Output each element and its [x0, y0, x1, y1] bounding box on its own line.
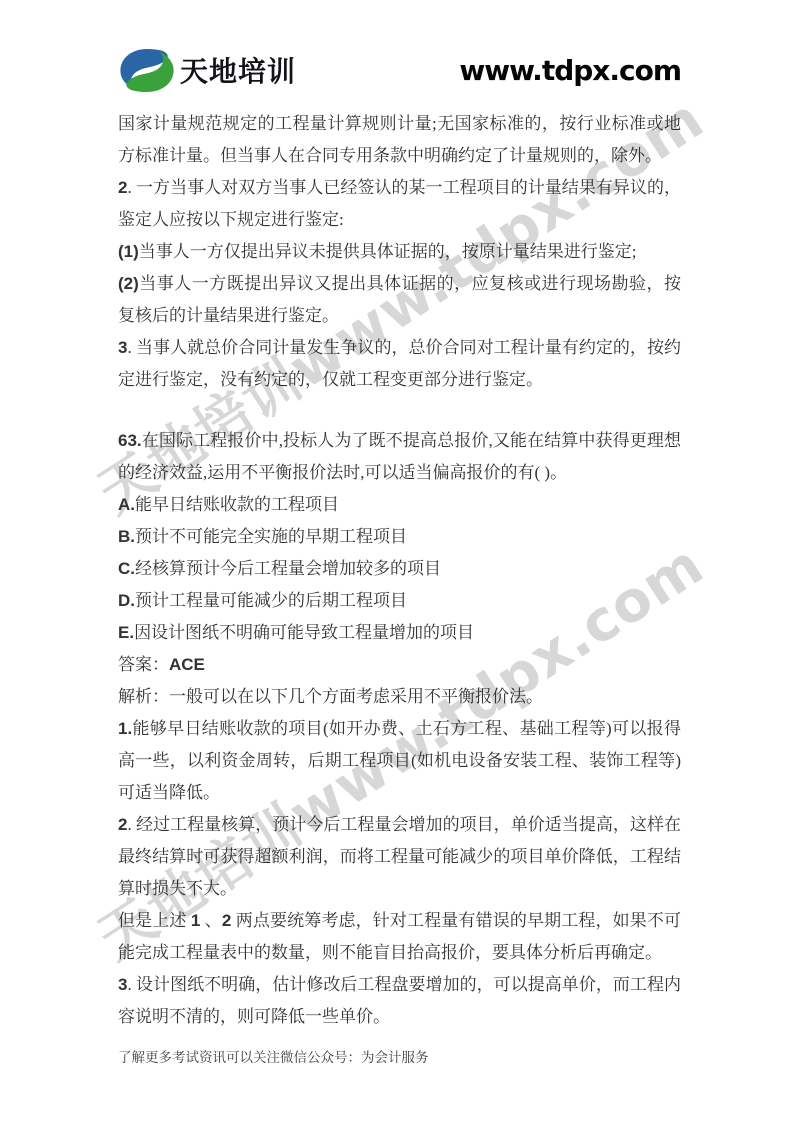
paragraph-bold-run: ACE [169, 655, 205, 674]
paragraph-bold-run: E. [118, 623, 134, 642]
paragraph: 63.在国际工程报价中,投标人为了既不提高总报价,又能在结算中获得更理想的经济效… [118, 425, 681, 489]
paragraph-run: . 经过工程量核算，预计今后工程量会增加的项目，单价适当提高，这样在最终结算时可… [118, 815, 681, 898]
paragraph: 1.能够早日结账收款的项目(如开办费、土石方工程、基础工程等)可以报得高一些，以… [118, 713, 681, 809]
paragraph-run: . 当事人就总价合同计量发生争议的，总价合同对工程计量有约定的，按约定进行鉴定，… [118, 338, 681, 389]
paragraph-bold-run: C. [118, 559, 135, 578]
paragraph-run: 、 [200, 911, 222, 930]
page: 天地培训www.tdpx.com 天地培训www.tdpx.com 天地培训 w… [0, 0, 793, 1122]
paragraph-run: 在国际工程报价中,投标人为了既不提高总报价,又能在结算中获得更理想的经济效益,运… [118, 431, 681, 482]
footer-note: 了解更多考试资讯可以关注微信公众号：为会计服务 [118, 1049, 681, 1067]
paragraph: E.因设计图纸不明确可能导致工程量增加的项目 [118, 617, 681, 649]
header: 天地培训 www.tdpx.com [0, 0, 793, 96]
paragraph-run: . 设计图纸不明确，估计修改后工程盘要增加的，可以提高单价，而工程内容说明不清的… [118, 975, 681, 1026]
paragraph-run: 预计工程量可能减少的后期工程项目 [135, 591, 407, 610]
paragraph-run: 能够早日结账收款的项目(如开办费、土石方工程、基础工程等)可以报得高一些，以利资… [118, 719, 681, 802]
logo-text: 天地培训 [180, 50, 296, 90]
paragraph-run: . 一方当事人对双方当事人已经签认的某一工程项目的计量结果有异议的，鉴定人应按以… [118, 178, 681, 229]
paragraph-bold-run: (2) [118, 274, 139, 293]
paragraph-bold-run: 1 [191, 911, 200, 930]
paragraph: 国家计量规范规定的工程量计算规则计量;无国家标准的，按行业标准或地方标准计量。但… [118, 108, 681, 172]
document-body: 国家计量规范规定的工程量计算规则计量;无国家标准的，按行业标准或地方标准计量。但… [118, 108, 681, 1033]
paragraph: 2. 一方当事人对双方当事人已经签认的某一工程项目的计量结果有异议的，鉴定人应按… [118, 172, 681, 236]
paragraph: 但是上述 1 、2 两点要统筹考虑，针对工程量有错误的早期工程，如果不可能完成工… [118, 905, 681, 969]
paragraph: C.经核算预计今后工程量会增加较多的项目 [118, 553, 681, 585]
paragraph-bold-run: B. [118, 527, 135, 546]
paragraph: 3. 设计图纸不明确，估计修改后工程盘要增加的，可以提高单价，而工程内容说明不清… [118, 969, 681, 1033]
paragraph-run: 解析：一般可以在以下几个方面考虑采用不平衡报价法。 [118, 687, 543, 706]
paragraph: 3. 当事人就总价合同计量发生争议的，总价合同对工程计量有约定的，按约定进行鉴定… [118, 332, 681, 396]
paragraph: (1)当事人一方仅提出异议未提供具体证据的，按原计量结果进行鉴定; [118, 236, 681, 268]
paragraph: A.能早日结账收款的工程项目 [118, 489, 681, 521]
paragraph-bold-run: 1. [118, 719, 132, 738]
logo-swirl-icon [118, 48, 176, 93]
paragraph: 解析：一般可以在以下几个方面考虑采用不平衡报价法。 [118, 681, 681, 713]
paragraph-bold-run: A. [118, 495, 135, 514]
paragraph: 2. 经过工程量核算，预计今后工程量会增加的项目，单价适当提高，这样在最终结算时… [118, 809, 681, 905]
paragraph-run: 因设计图纸不明确可能导致工程量增加的项目 [134, 623, 474, 642]
paragraph-bold-run: 2 [222, 911, 231, 930]
paragraph: (2)当事人一方既提出异议又提出具体证据的，应复核或进行现场勘验，按复核后的计量… [118, 268, 681, 332]
paragraph-run: 当事人一方仅提出异议未提供具体证据的，按原计量结果进行鉴定; [139, 242, 637, 261]
paragraph-run: 国家计量规范规定的工程量计算规则计量;无国家标准的，按行业标准或地方标准计量。但… [118, 114, 681, 165]
site-url: www.tdpx.com [459, 54, 681, 87]
paragraph: D.预计工程量可能减少的后期工程项目 [118, 585, 681, 617]
paragraph-run: 当事人一方既提出异议又提出具体证据的，应复核或进行现场勘验，按复核后的计量结果进… [118, 274, 681, 325]
paragraph-bold-run: D. [118, 591, 135, 610]
paragraph-bold-run: 63. [118, 431, 142, 450]
paragraph: B.预计不可能完全实施的早期工程项目 [118, 521, 681, 553]
paragraph: 答案：ACE [118, 649, 681, 681]
paragraph-run: 答案： [118, 655, 169, 674]
paragraph-run: 但是上述 [118, 911, 191, 930]
paragraph-spacer [118, 396, 681, 425]
paragraph-bold-run: (1) [118, 242, 139, 261]
paragraph-run: 预计不可能完全实施的早期工程项目 [135, 527, 407, 546]
paragraph-run: 能早日结账收款的工程项目 [135, 495, 339, 514]
logo: 天地培训 [118, 48, 296, 93]
paragraph-run: 经核算预计今后工程量会增加较多的项目 [135, 559, 441, 578]
